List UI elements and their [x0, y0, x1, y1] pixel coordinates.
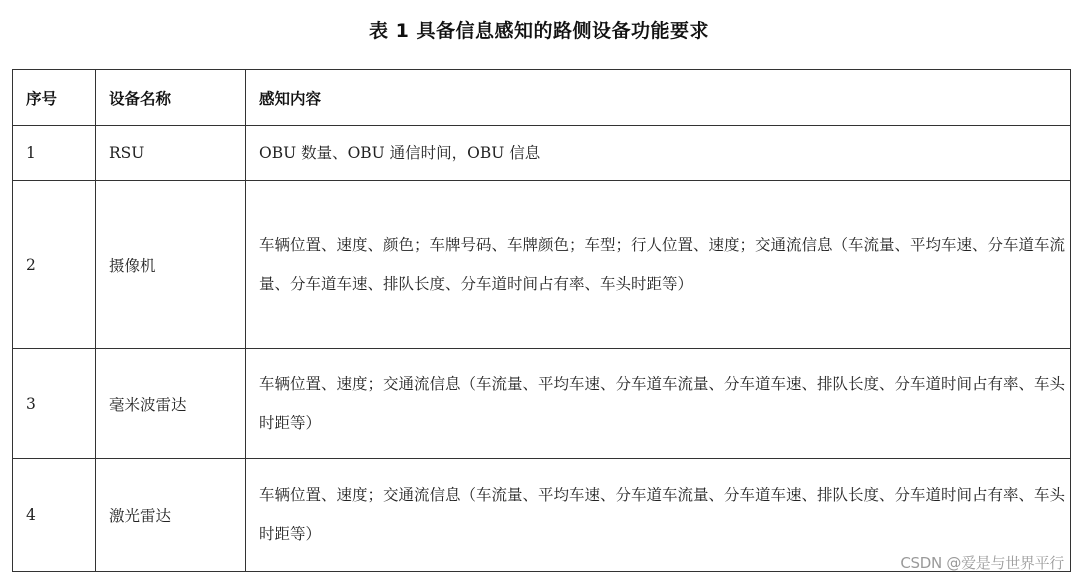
row-device-name: 毫米波雷达 — [96, 349, 246, 459]
csdn-watermark: CSDN @爱是与世界平行 — [900, 552, 1064, 573]
row-index: 4 — [13, 459, 96, 572]
row-index: 2 — [13, 181, 96, 349]
row-sensing-content: 车辆位置、速度、颜色；车牌号码、车牌颜色；车型；行人位置、速度；交通流信息（车流… — [246, 181, 1071, 349]
row-device-name: 摄像机 — [96, 181, 246, 349]
device-requirements-table: 序号 设备名称 感知内容 1 RSU OBU 数量、OBU 通信时间，OBU 信… — [12, 69, 1071, 572]
table-row: 3 毫米波雷达 车辆位置、速度；交通流信息（车流量、平均车速、分车道车流量、分车… — [13, 349, 1071, 459]
table-header-row: 序号 设备名称 感知内容 — [13, 70, 1071, 126]
row-sensing-content: 车辆位置、速度；交通流信息（车流量、平均车速、分车道车流量、分车道车速、排队长度… — [246, 349, 1071, 459]
row-sensing-content: OBU 数量、OBU 通信时间，OBU 信息 — [246, 126, 1071, 181]
header-index: 序号 — [13, 70, 96, 126]
header-device-name: 设备名称 — [96, 70, 246, 126]
table-row: 2 摄像机 车辆位置、速度、颜色；车牌号码、车牌颜色；车型；行人位置、速度；交通… — [13, 181, 1071, 349]
row-index: 3 — [13, 349, 96, 459]
table-row: 1 RSU OBU 数量、OBU 通信时间，OBU 信息 — [13, 126, 1071, 181]
header-sensing-content: 感知内容 — [246, 70, 1071, 126]
row-device-name: 激光雷达 — [96, 459, 246, 572]
row-device-name: RSU — [96, 126, 246, 181]
table-caption: 表 1 具备信息感知的路侧设备功能要求 — [0, 16, 1078, 43]
row-index: 1 — [13, 126, 96, 181]
